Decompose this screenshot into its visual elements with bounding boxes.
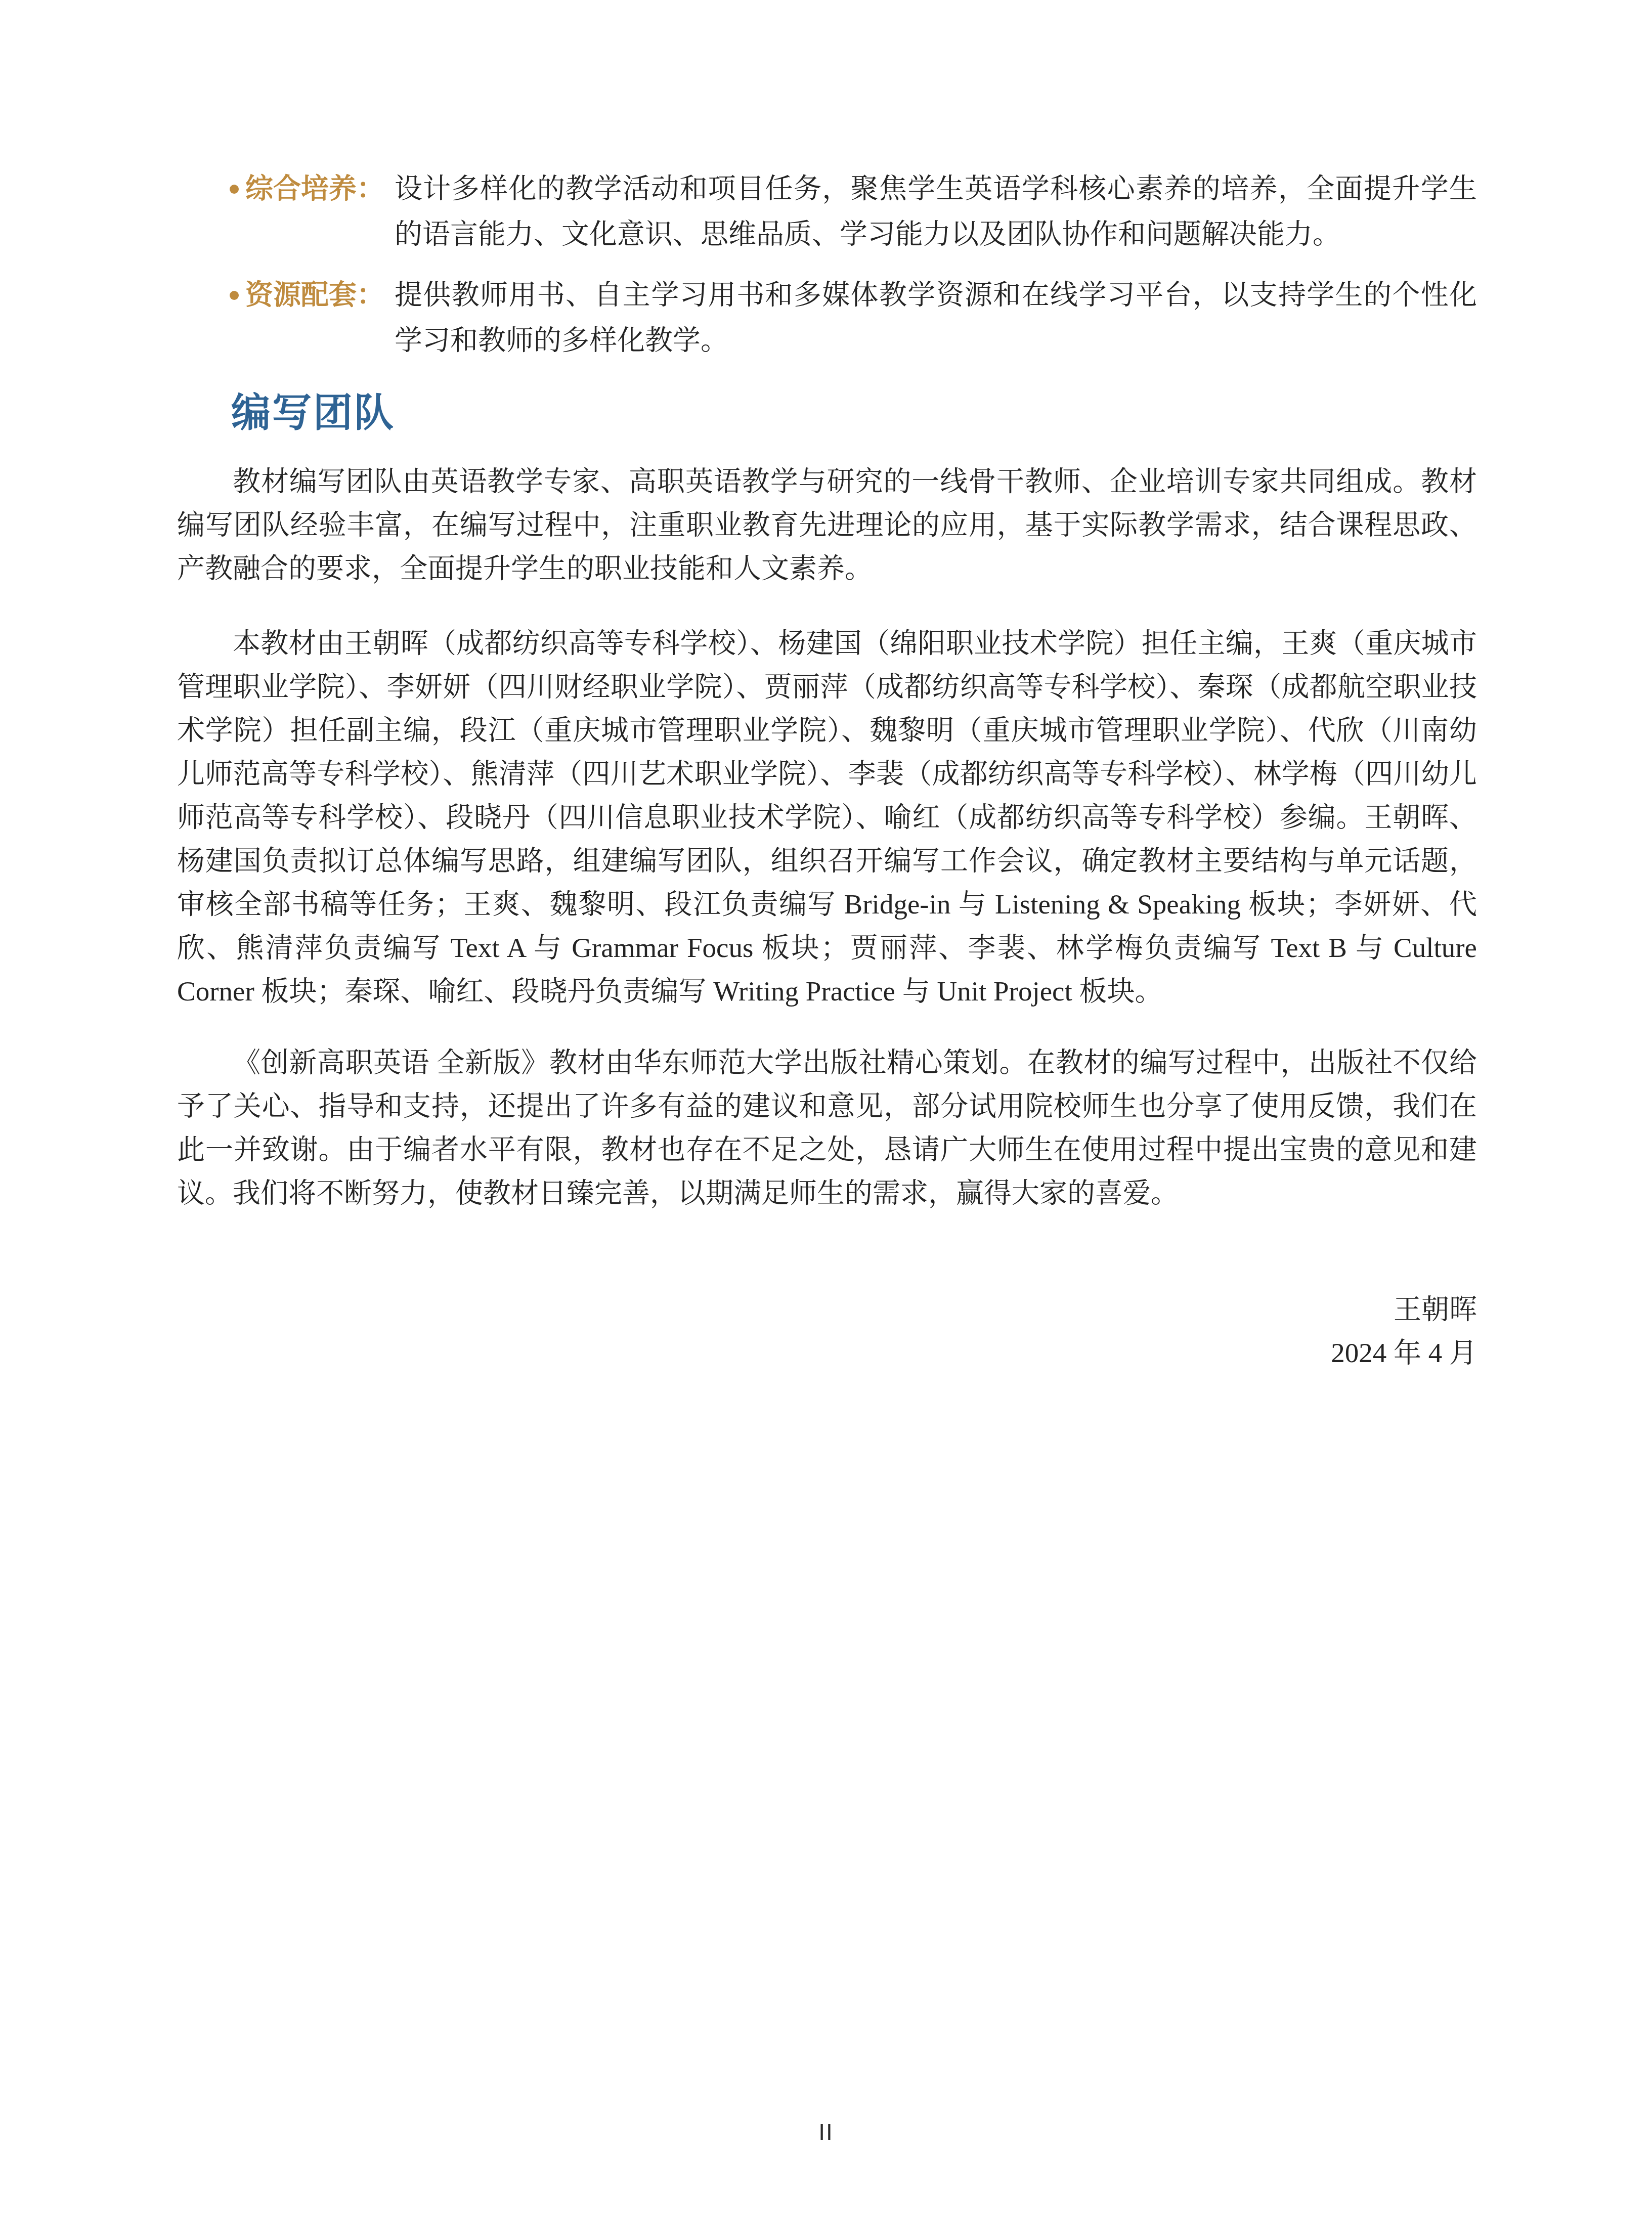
bullet-label: 综合培养： — [245, 173, 384, 204]
bullet-item-comprehensive-training: 综合培养： 设计多样化的教学活动和项目任务，聚焦学生英语学科核心素养的培养，全面… — [177, 166, 1477, 257]
bullet-dot-icon — [230, 185, 239, 194]
signature-date: 2024 年 4 月 — [177, 1331, 1477, 1375]
page-number: II — [0, 2119, 1652, 2145]
bullet-text: 设计多样化的教学活动和项目任务，聚焦学生英语学科核心素养的培养，全面提升学生的语… — [395, 173, 1477, 249]
signature-name: 王朝晖 — [177, 1288, 1477, 1331]
bullet-head: 综合培养： — [230, 166, 384, 211]
bullet-label: 资源配套： — [245, 279, 384, 310]
paragraph-team-intro: 教材编写团队由英语教学专家、高职英语教学与研究的一线骨干教师、企业培训专家共同组… — [177, 460, 1477, 590]
paragraph-editors-list: 本教材由王朝晖（成都纺织高等专科学校）、杨建国（绵阳职业技术学院）担任主编，王爽… — [177, 622, 1477, 1013]
bullet-text: 提供教师用书、自主学习用书和多媒体教学资源和在线学习平台，以支持学生的个性化学习… — [395, 279, 1477, 356]
page-content: 综合培养： 设计多样化的教学活动和项目任务，聚焦学生英语学科核心素养的培养，全面… — [177, 166, 1477, 1375]
paragraph-acknowledgements: 《创新高职英语 全新版》教材由华东师范大学出版社精心策划。在教材的编写过程中，出… — [177, 1041, 1477, 1215]
bullet-dot-icon — [230, 291, 239, 300]
section-heading-writing-team: 编写团队 — [231, 391, 1477, 434]
bullet-item-resource-package: 资源配套： 提供教师用书、自主学习用书和多媒体教学资源和在线学习平台，以支持学生… — [177, 272, 1477, 363]
bullet-head: 资源配套： — [230, 272, 384, 318]
signature-block: 王朝晖 2024 年 4 月 — [177, 1288, 1477, 1375]
